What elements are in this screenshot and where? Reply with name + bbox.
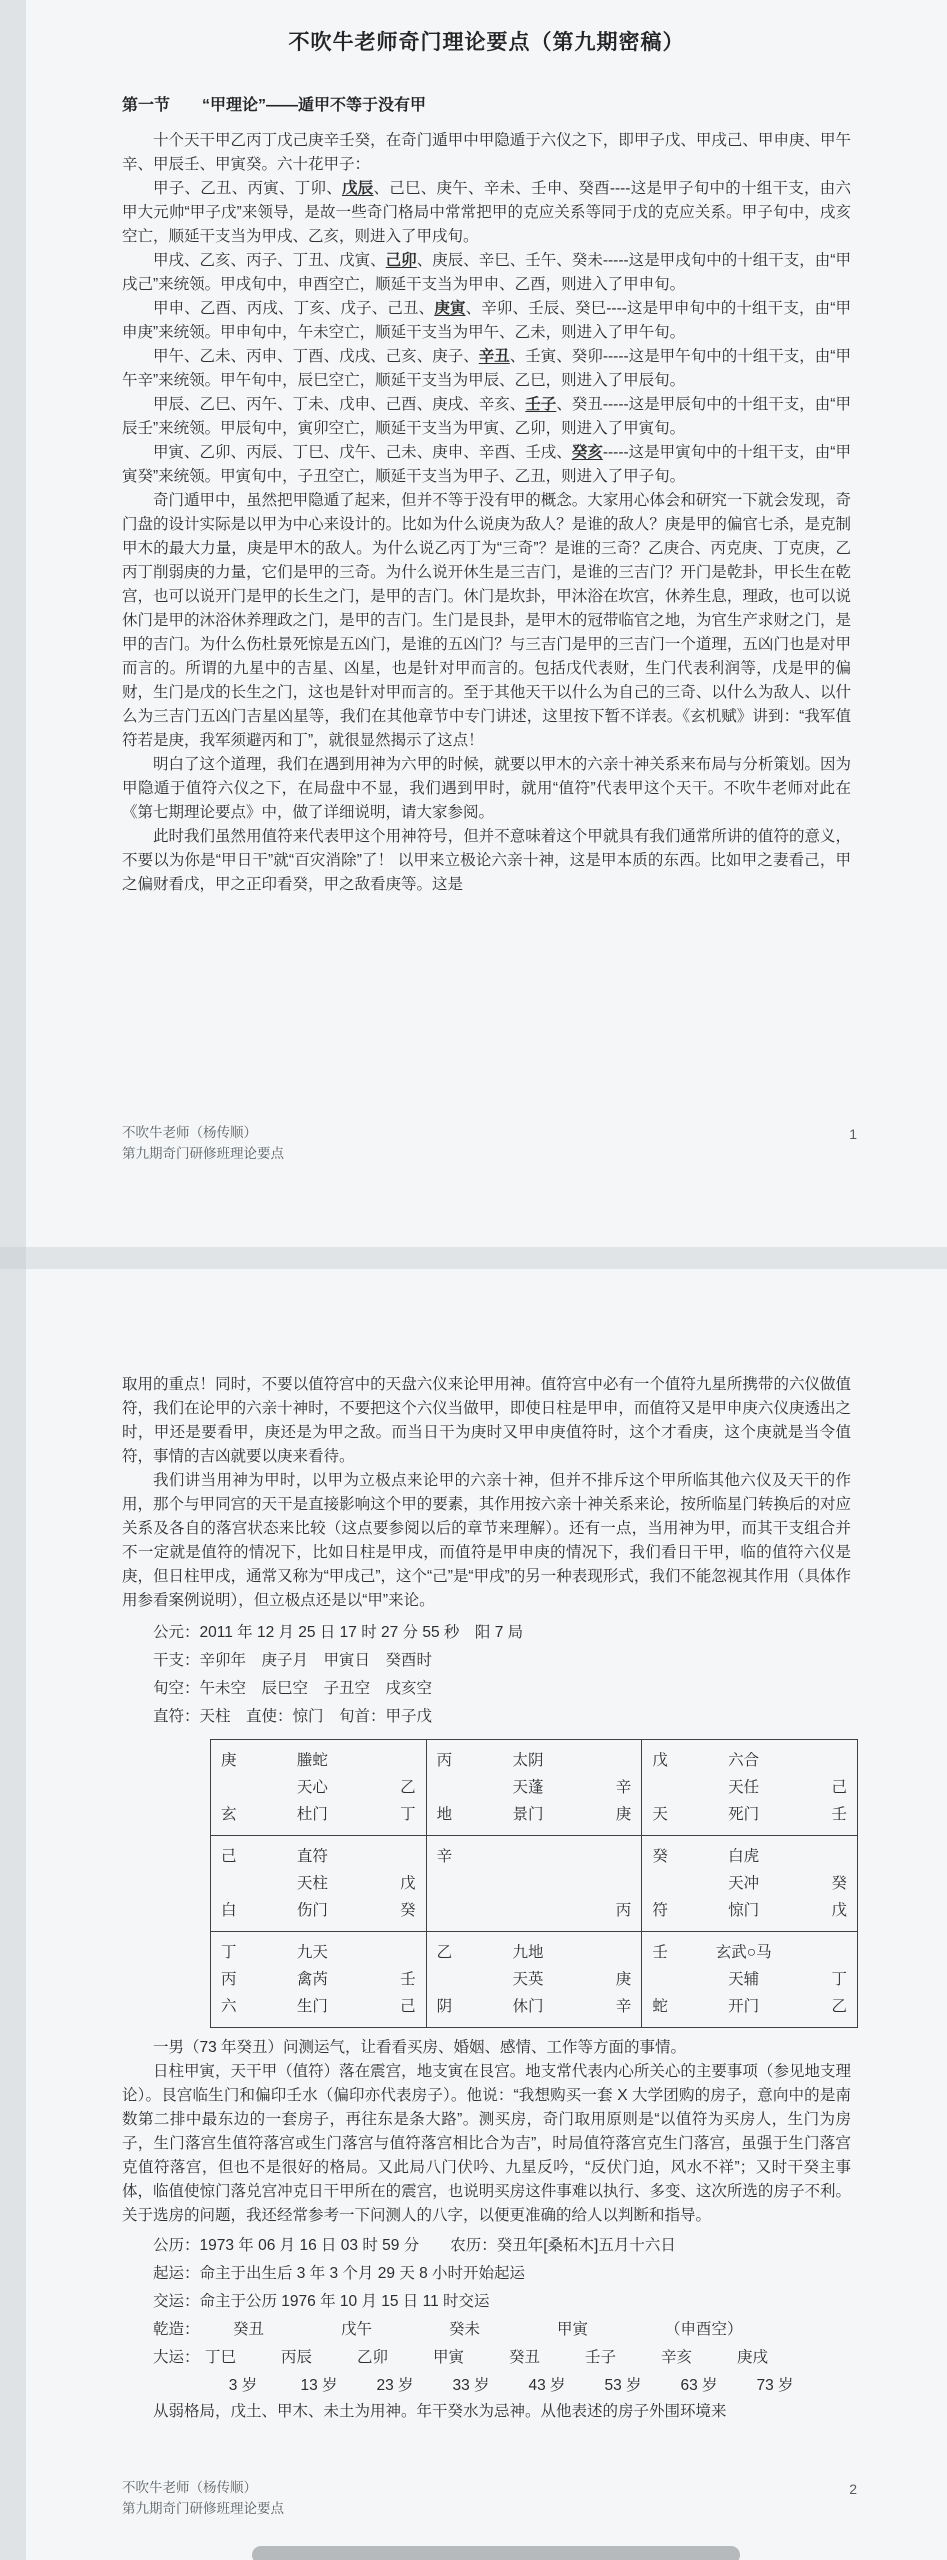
qimen-chart: 庚螣蛇天心乙玄杜门丁丙太阴天蓬辛地景门庚戊六合天任己天死门壬己直符天柱戊白伤门癸… <box>210 1739 858 2028</box>
qianzao-row: 乾造：癸丑戊午癸未甲寅（申酉空） <box>153 2316 851 2344</box>
page2-closing: 从弱格局，戊土、甲木、未土为用神。年干癸水为忌神。从他表述的房子外围环境来 <box>122 2400 851 2424</box>
section-heading: 第一节 “甲理论”——遁甲不等于没有甲 <box>122 92 851 115</box>
dayun-ganzhi: 甲寅 <box>433 2344 509 2372</box>
palace-line: 丙 <box>437 1897 632 1924</box>
dayun-label: 大运： <box>153 2344 205 2372</box>
qianzao-pillar: 甲寅 <box>557 2316 665 2344</box>
dayun-ganzhi: 乙卯 <box>357 2344 433 2372</box>
paragraph: 十个天干甲乙丙丁戊己庚辛壬癸，在奇门遁甲中甲隐遁于六仪之下，即甲子戊、甲戌己、甲… <box>122 129 851 177</box>
palace-line: 天蓬辛 <box>437 1774 632 1801</box>
palace-line: 白伤门癸 <box>221 1897 416 1924</box>
palace-line: 天柱戊 <box>221 1870 416 1897</box>
paragraph: 此时我们虽然用值符来代表甲这个用神符号，但并不意味着这个甲就具有我们通常所讲的值… <box>122 825 851 897</box>
palace-line: 天辅丁 <box>652 1966 847 1993</box>
paragraph: 从弱格局，戊土、甲木、未土为用神。年干癸水为忌神。从他表述的房子外围环境来 <box>122 2400 851 2424</box>
emphasized-ganzhi: 癸亥 <box>572 444 603 461</box>
dayun-ganzhi-row: 大运：丁巳丙辰乙卯甲寅癸丑壬子辛亥庚戌 <box>153 2344 851 2372</box>
palace-cell: 癸白虎天冲癸符惊门戊 <box>642 1836 858 1932</box>
emphasized-ganzhi: 辛丑 <box>479 348 510 365</box>
dayun-ganzhi: 丙辰 <box>281 2344 357 2372</box>
page-number: 2 <box>849 2479 857 2500</box>
footer-left: 不吹牛老师（杨传顺） 第九期奇门研修班理论要点 <box>122 1122 284 1164</box>
palace-line: 地景门庚 <box>437 1801 632 1828</box>
dayun-age: 13 岁 <box>281 2372 357 2400</box>
palace-line: 符惊门戊 <box>652 1897 847 1924</box>
page1-footer: 不吹牛老师（杨传顺） 第九期奇门研修班理论要点 1 <box>122 1122 857 1164</box>
palace-cell: 乙九地天英庚阴休门辛 <box>426 1932 642 2028</box>
footer-left: 不吹牛老师（杨传顺） 第九期奇门研修班理论要点 <box>122 2477 284 2519</box>
info-line: 干支：辛卯年 庚子月 甲寅日 癸酉时 <box>122 1647 851 1675</box>
paragraph: 日柱甲寅，天干甲（值符）落在震宫，地支寅在艮宫。地支常代表内心所关心的主要事项（… <box>122 2060 851 2228</box>
page2-body-mid: 一男（73 年癸丑）问测运气，让看看买房、婚姻、感情、工作等方面的事情。日柱甲寅… <box>122 2036 851 2228</box>
dayun-age: 63 岁 <box>661 2372 737 2400</box>
palace-line: 乙九地 <box>437 1939 632 1966</box>
palace-line: 天英庚 <box>437 1966 632 1993</box>
footer-course: 第九期奇门研修班理论要点 <box>122 1143 284 1164</box>
palace-cell: 辛丙 <box>426 1836 642 1932</box>
qimen-header-lines: 公元：2011 年 12 月 25 日 17 时 27 分 55 秒 阳 7 局… <box>122 1619 851 1731</box>
palace-line: 玄杜门丁 <box>221 1801 416 1828</box>
page-gap <box>0 1247 947 1269</box>
palace-line: 癸白虎 <box>652 1843 847 1870</box>
dayun-ganzhi: 辛亥 <box>661 2344 737 2372</box>
info-line: 起运：命主于出生后 3 年 3 个月 29 天 8 小时开始起运 <box>122 2260 851 2288</box>
dayun-ganzhi: 癸丑 <box>509 2344 585 2372</box>
palace-line: 丁九天 <box>221 1939 416 1966</box>
palace-line: 天死门壬 <box>652 1801 847 1828</box>
qianzao-pillar: 癸丑 <box>233 2316 341 2344</box>
palace-line: 天任己 <box>652 1774 847 1801</box>
doc-title: 不吹牛老师奇门理论要点（第九期密稿） <box>122 26 851 56</box>
dayun-age: 43 岁 <box>509 2372 585 2400</box>
palace-line: 天冲癸 <box>652 1870 847 1897</box>
page-1: 不吹牛老师奇门理论要点（第九期密稿） 第一节 “甲理论”——遁甲不等于没有甲 十… <box>0 0 947 1247</box>
dayun-age: 73 岁 <box>737 2372 813 2400</box>
dayun-age: 33 岁 <box>433 2372 509 2400</box>
paragraph: 甲午、乙未、丙申、丁酉、戊戌、己亥、庚子、辛丑、壬寅、癸卯-----这是甲午旬中… <box>122 345 851 393</box>
page-number: 1 <box>849 1124 857 1145</box>
paragraph: 甲子、乙丑、丙寅、丁卯、戊辰、己巳、庚午、辛未、壬申、癸酉----这是甲子旬中的… <box>122 177 851 249</box>
scroll-indicator[interactable] <box>252 2546 740 2560</box>
qianzao-pillar: （申酉空） <box>665 2316 743 2344</box>
qianzao-pillar: 癸未 <box>449 2316 557 2344</box>
palace-cell: 丙太阴天蓬辛地景门庚 <box>426 1740 642 1836</box>
paragraph: 明白了这个道理，我们在遇到用神为六甲的时候，就要以甲木的六亲十神关系来布局与分析… <box>122 753 851 825</box>
dayun-ages-row: 大运：3 岁13 岁23 岁33 岁43 岁53 岁63 岁73 岁 <box>153 2372 851 2400</box>
info-line: 交运：命主于公历 1976 年 10 月 15 日 11 时交运 <box>122 2288 851 2316</box>
document-viewer: 不吹牛老师奇门理论要点（第九期密稿） 第一节 “甲理论”——遁甲不等于没有甲 十… <box>0 0 947 2560</box>
palace-line: 阴休门辛 <box>437 1993 632 2020</box>
paragraph: 甲戌、乙亥、丙子、丁丑、戊寅、己卯、庚辰、辛巳、壬午、癸未-----这是甲戌旬中… <box>122 249 851 297</box>
emphasized-ganzhi: 戊辰 <box>342 180 374 197</box>
palace-cell: 庚螣蛇天心乙玄杜门丁 <box>211 1740 427 1836</box>
paragraph: 奇门遁甲中，虽然把甲隐遁了起来，但并不等于没有甲的概念。大家用心体会和研究一下就… <box>122 489 851 753</box>
palace-line: 蛇开门乙 <box>652 1993 847 2020</box>
paragraph: 我们讲当用神为甲时，以甲为立极点来论甲的六亲十神，但并不排斥这个甲所临其他六仪及… <box>122 1469 851 1613</box>
palace-cell: 壬玄武○马天辅丁蛇开门乙 <box>642 1932 858 2028</box>
palace-line: 丙禽芮壬 <box>221 1966 416 1993</box>
palace-cell: 戊六合天任己天死门壬 <box>642 1740 858 1836</box>
dayun-ganzhi: 丁巳 <box>205 2344 281 2372</box>
dayun-ganzhi: 壬子 <box>585 2344 661 2372</box>
paragraph: 取用的重点！同时，不要以值符宫中的天盘六仪来论甲用神。值符宫中必有一个值符九星所… <box>122 1373 851 1469</box>
bazi-lines: 公历：1973 年 06 月 16 日 03 时 59 分 农历：癸丑年[桑柘木… <box>122 2232 851 2316</box>
dayun-age: 23 岁 <box>357 2372 433 2400</box>
footer-author: 不吹牛老师（杨传顺） <box>122 2477 284 2498</box>
dayun-age: 3 岁 <box>205 2372 281 2400</box>
palace-line: 壬玄武○马 <box>652 1939 847 1966</box>
emphasized-ganzhi: 庚寅 <box>434 300 465 317</box>
paragraph: 甲申、乙酉、丙戌、丁亥、戊子、己丑、庚寅、辛卯、壬辰、癸巳----这是甲申旬中的… <box>122 297 851 345</box>
info-line: 直符：天柱 直使：惊门 旬首：甲子戊 <box>122 1703 851 1731</box>
emphasized-ganzhi: 己卯 <box>386 252 417 269</box>
paragraph: 甲寅、乙卯、丙辰、丁巳、戊午、己未、庚申、辛酉、壬戌、癸亥-----这是甲寅旬中… <box>122 441 851 489</box>
info-line: 旬空：午未空 辰巳空 子丑空 戌亥空 <box>122 1675 851 1703</box>
page1-body: 十个天干甲乙丙丁戊己庚辛壬癸，在奇门遁甲中甲隐遁于六仪之下，即甲子戊、甲戌己、甲… <box>122 129 851 897</box>
dayun-ganzhi: 庚戌 <box>737 2344 813 2372</box>
footer-course: 第九期奇门研修班理论要点 <box>122 2498 284 2519</box>
footer-author: 不吹牛老师（杨传顺） <box>122 1122 284 1143</box>
palace-line <box>437 1870 632 1897</box>
palace-line: 己直符 <box>221 1843 416 1870</box>
info-line: 公历：1973 年 06 月 16 日 03 时 59 分 农历：癸丑年[桑柘木… <box>122 2232 851 2260</box>
palace-line: 丙太阴 <box>437 1747 632 1774</box>
page2-body-top: 取用的重点！同时，不要以值符宫中的天盘六仪来论甲用神。值符宫中必有一个值符九星所… <box>122 1373 851 1613</box>
qianzao-pillar: 戊午 <box>341 2316 449 2344</box>
emphasized-ganzhi: 壬子 <box>525 396 556 413</box>
qianzao-label: 乾造： <box>153 2316 233 2344</box>
paragraph: 甲辰、乙巳、丙午、丁未、戊申、己酉、庚戌、辛亥、壬子、癸丑-----这是甲辰旬中… <box>122 393 851 441</box>
page2-footer: 不吹牛老师（杨传顺） 第九期奇门研修班理论要点 2 <box>122 2477 857 2519</box>
palace-cell: 己直符天柱戊白伤门癸 <box>211 1836 427 1932</box>
palace-line: 辛 <box>437 1843 632 1870</box>
palace-line: 戊六合 <box>652 1747 847 1774</box>
palace-cell: 丁九天丙禽芮壬六生门己 <box>211 1932 427 2028</box>
info-line: 公元：2011 年 12 月 25 日 17 时 27 分 55 秒 阳 7 局 <box>122 1619 851 1647</box>
paragraph: 一男（73 年癸丑）问测运气，让看看买房、婚姻、感情、工作等方面的事情。 <box>122 2036 851 2060</box>
palace-line: 天心乙 <box>221 1774 416 1801</box>
dayun-age: 53 岁 <box>585 2372 661 2400</box>
page-2: 取用的重点！同时，不要以值符宫中的天盘六仪来论甲用神。值符宫中必有一个值符九星所… <box>0 1269 947 2560</box>
palace-line: 六生门己 <box>221 1993 416 2020</box>
palace-line: 庚螣蛇 <box>221 1747 416 1774</box>
